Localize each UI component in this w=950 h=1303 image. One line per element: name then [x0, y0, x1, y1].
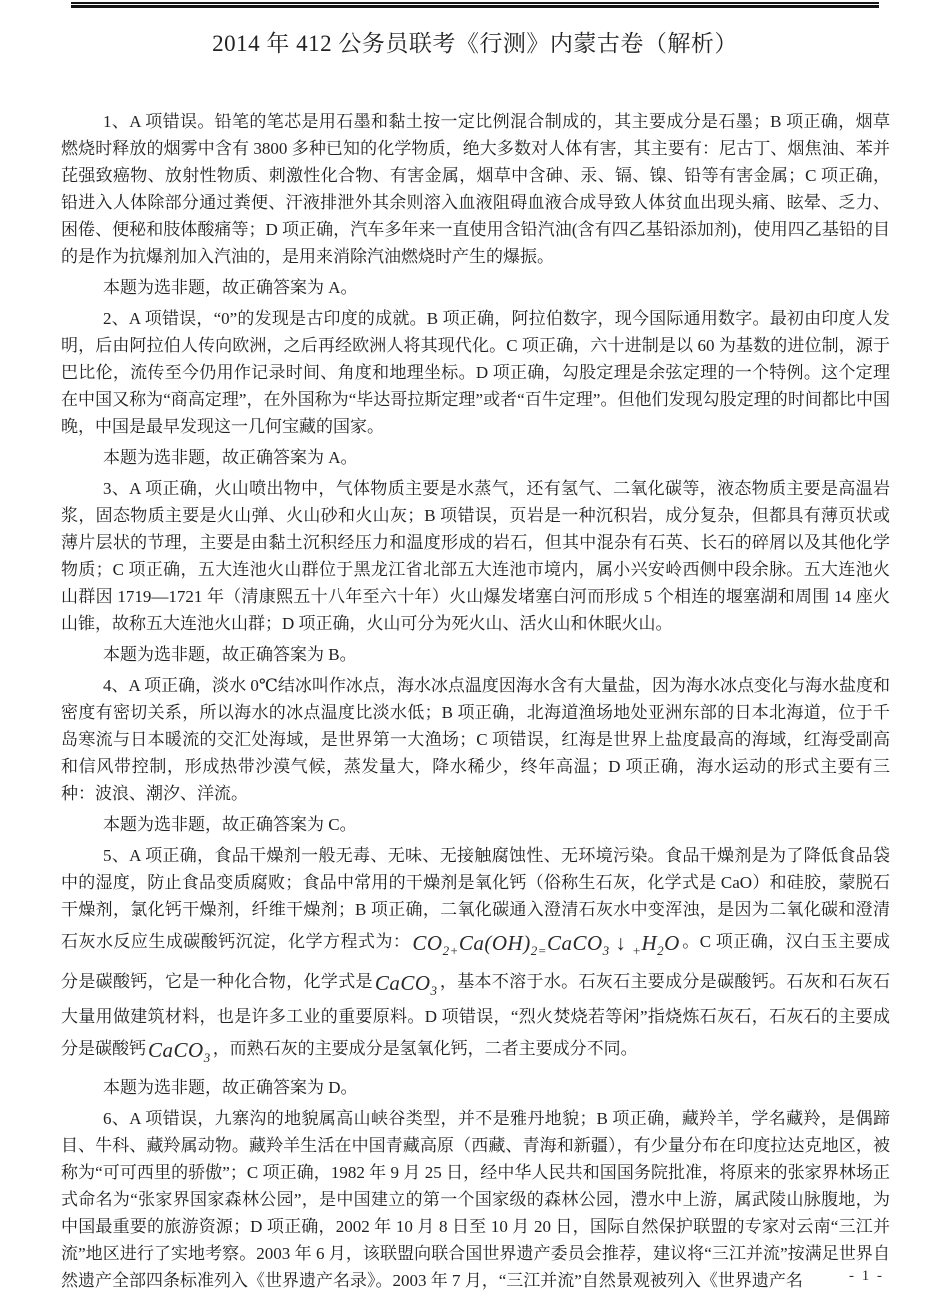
item-1-answer: 本题为选非题，故正确答案为 A。 — [61, 274, 890, 301]
header-divider — [71, 2, 879, 8]
page-number: - 1 - — [849, 1268, 884, 1285]
chemical-formula: CaCO3 — [146, 1030, 213, 1070]
document-page: 2014 年 412 公务员联考《行测》内蒙古卷（解析） 1、A 项错误。铅笔的… — [0, 0, 950, 1303]
item-1-analysis: 1、A 项错误。铅笔的笔芯是用石墨和黏土按一定比例混合制成的，其主要成分是石墨；… — [61, 108, 890, 270]
item-2-answer: 本题为选非题，故正确答案为 A。 — [61, 444, 890, 471]
chemical-formula: CaCO3 — [373, 963, 440, 1003]
item-5-answer: 本题为选非题，故正确答案为 D。 — [61, 1074, 890, 1101]
item-5-analysis: 5、A 项正确，食品干燥剂一般无毒、无味、无接触腐蚀性、无环境污染。食品干燥剂是… — [61, 842, 890, 1070]
document-title: 2014 年 412 公务员联考《行测》内蒙古卷（解析） — [0, 28, 950, 60]
chemical-formula: CO2+Ca(OH)2=CaCO3 ↓ +H2O — [410, 923, 681, 963]
item-3-answer: 本题为选非题，故正确答案为 B。 — [61, 641, 890, 668]
document-body: 1、A 项错误。铅笔的笔芯是用石墨和黏土按一定比例混合制成的，其主要成分是石墨；… — [61, 108, 890, 1294]
item-4-analysis: 4、A 项正确，淡水 0℃结冰叫作冰点，海水冰点温度因海水含有大量盐，因为海水冰… — [61, 672, 890, 807]
item-3-analysis: 3、A 项正确，火山喷出物中，气体物质主要是水蒸气，还有氢气、二氧化碳等，液态物… — [61, 475, 890, 637]
item-4-answer: 本题为选非题，故正确答案为 C。 — [61, 811, 890, 838]
item-2-analysis: 2、A 项错误，“0”的发现是古印度的成就。B 项正确，阿拉伯数字，现今国际通用… — [61, 305, 890, 440]
item-6-analysis: 6、A 项错误，九寨沟的地貌属高山峡谷类型，并不是雅丹地貌；B 项正确，藏羚羊，… — [61, 1105, 890, 1294]
